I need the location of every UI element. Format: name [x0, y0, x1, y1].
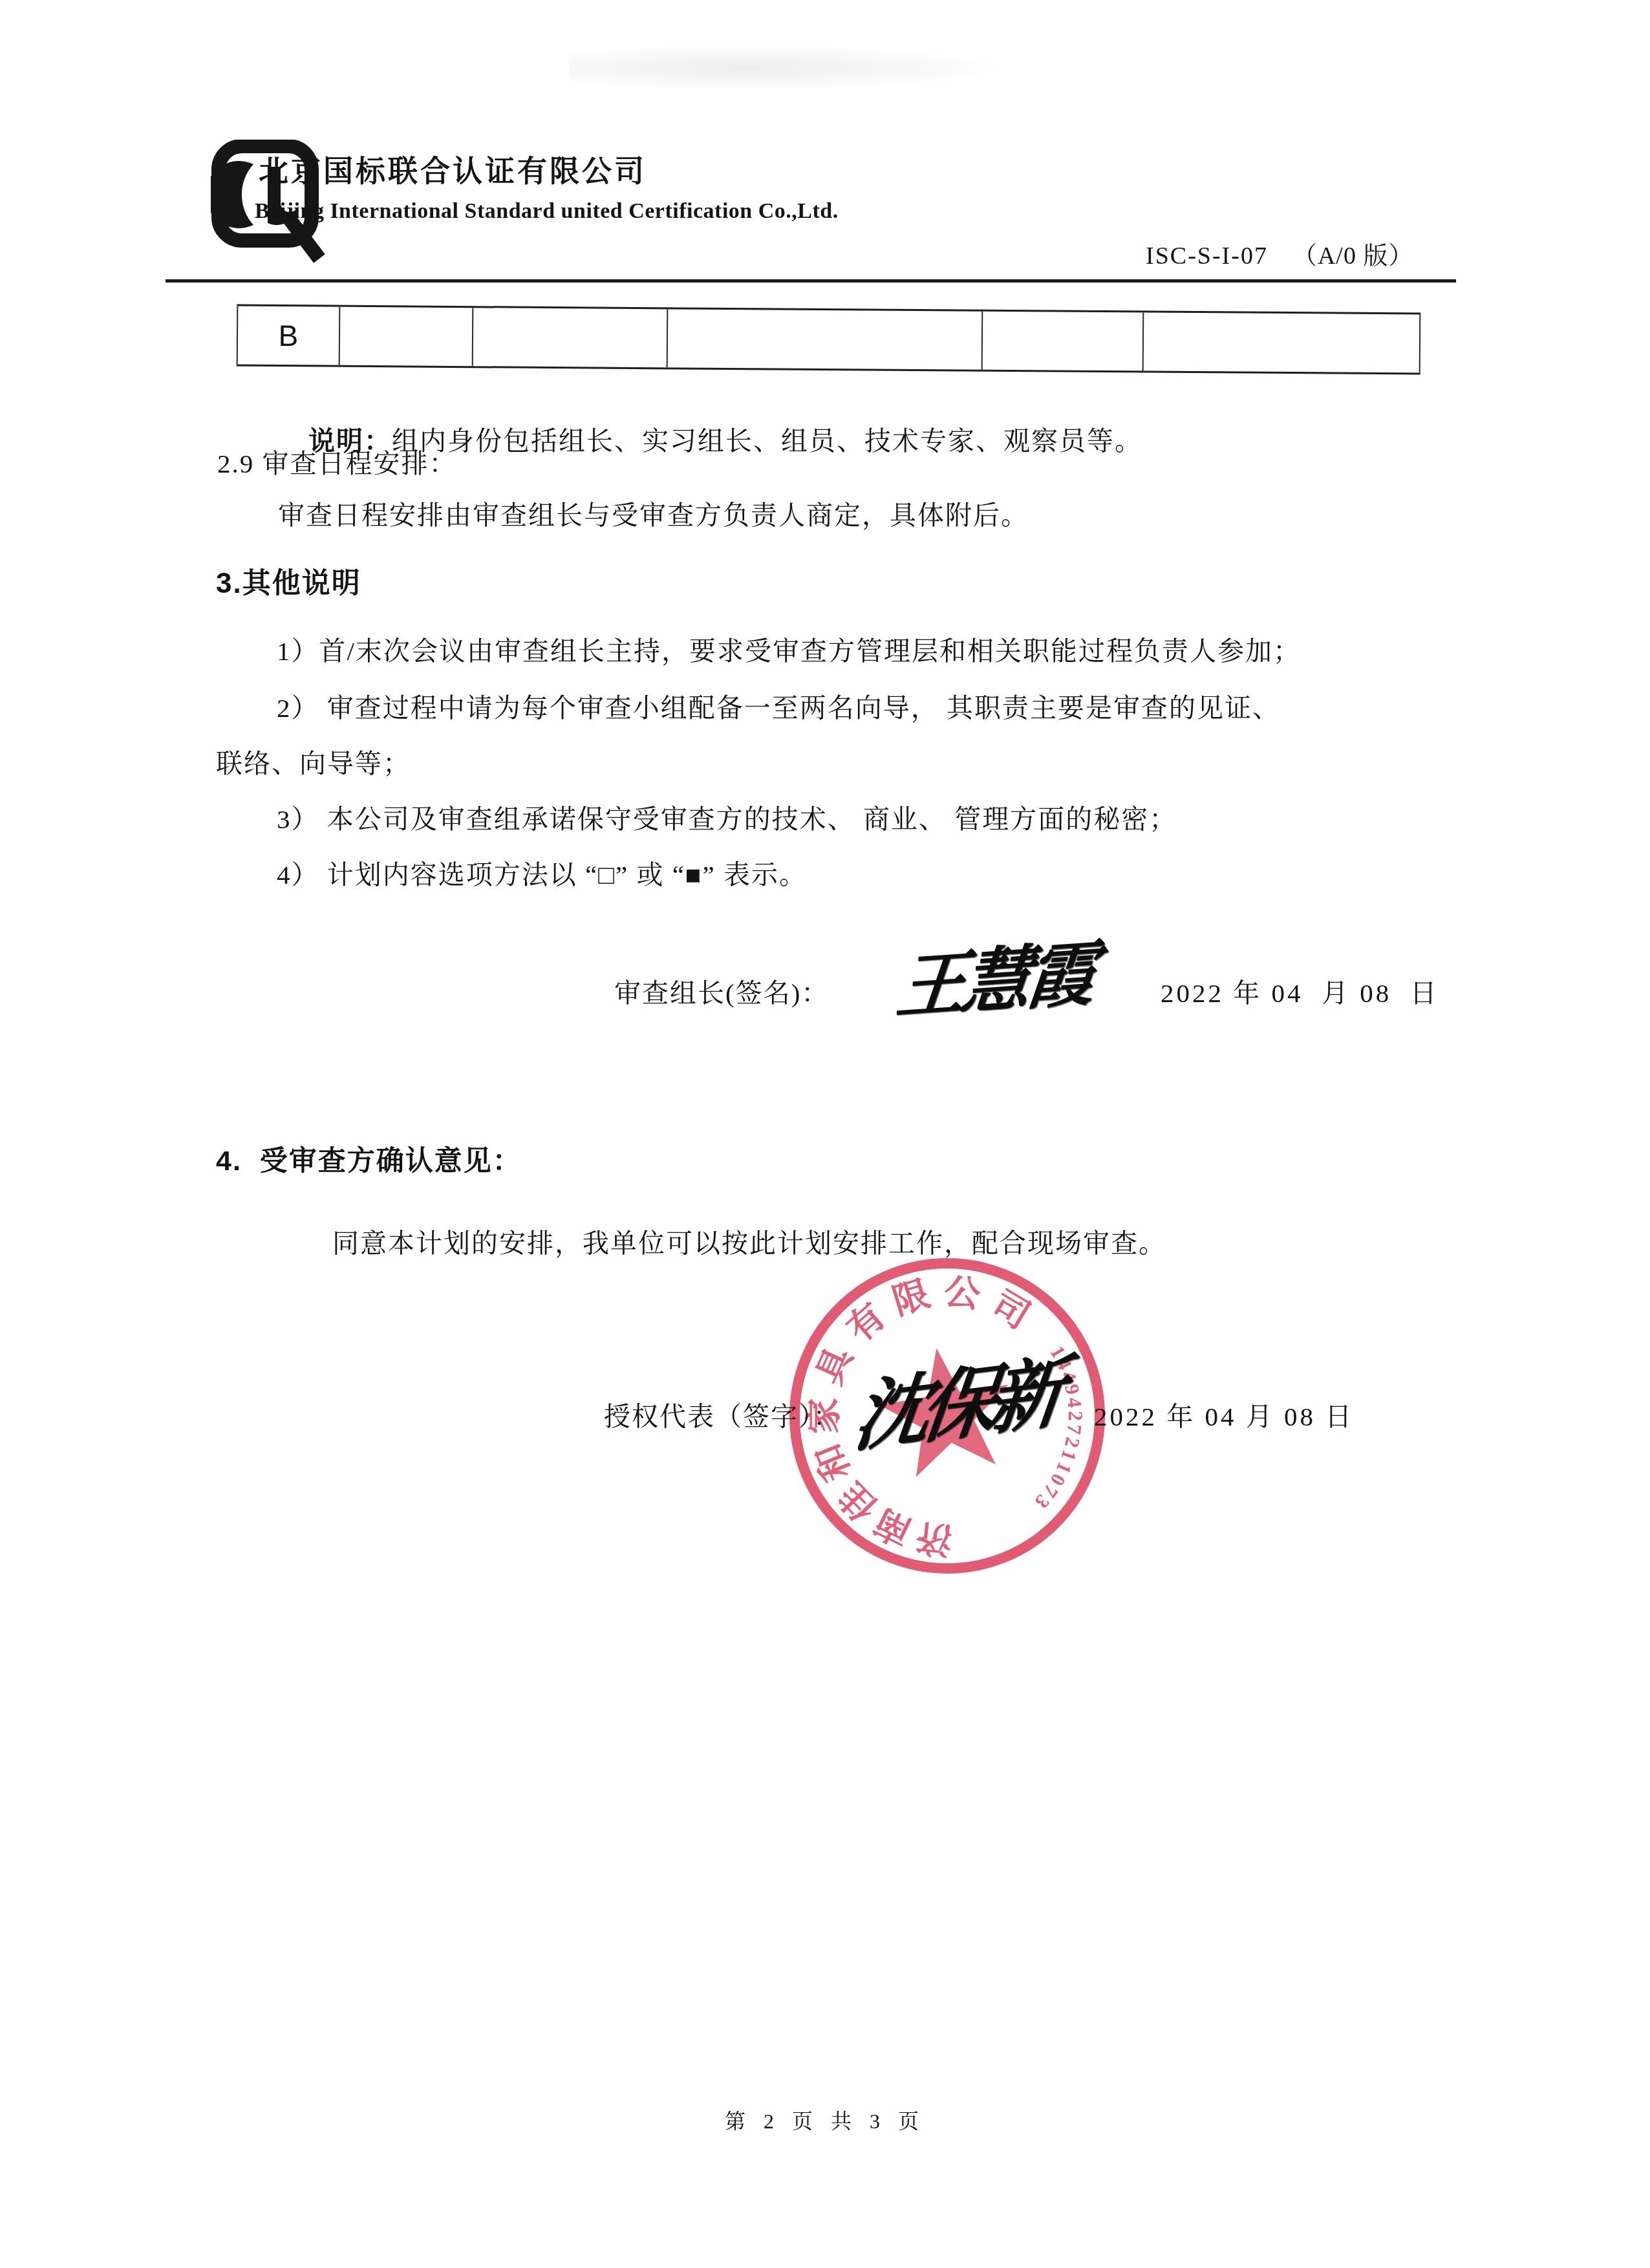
- table-cell: [472, 308, 667, 367]
- table-cell: [981, 312, 1143, 371]
- leader-signature-label: 审查组长(签名)：: [614, 972, 829, 1010]
- doc-code: ISC-S-I-07: [1146, 242, 1268, 270]
- section-2-9-text: 审查日程安排由审查组长与受审查方负责人商定，具体附后。: [278, 494, 1029, 532]
- section-2-9-title: 2.9 审查日程安排：: [217, 442, 457, 480]
- section-3-title: 3.其他说明: [216, 560, 361, 601]
- table-cell-row-label: B: [237, 306, 339, 365]
- svg-text:济: 济: [914, 1516, 954, 1560]
- rep-signature-date: 2022 年 04 月 08 日: [1094, 1395, 1354, 1433]
- document-number: ISC-S-I-07（A/0 版）: [1116, 207, 1413, 299]
- table-cell: [667, 309, 982, 369]
- section-3-item-4: 4） 计划内容选项方法以 “□” 或 “■” 表示。: [277, 853, 807, 892]
- table-cell: [1142, 312, 1421, 372]
- svg-text:2: 2: [1060, 1435, 1084, 1450]
- rep-signature-label: 授权代表（签字）：: [604, 1395, 841, 1433]
- note-text: 组内身份包括组长、实习组长、组员、技术专家、观察员等。: [392, 426, 1142, 456]
- scan-noise: [569, 45, 1009, 91]
- doc-version: （A/0 版）: [1292, 242, 1414, 270]
- svg-text:限: 限: [888, 1274, 935, 1323]
- section-4-title: 4. 受审查方确认意见：: [216, 1139, 522, 1179]
- section-3-item-3: 3） 本公司及审查组承诺保守受审查方的技术、 商业、 管理方面的秘密；: [277, 798, 1177, 836]
- svg-text:公: 公: [942, 1272, 983, 1316]
- svg-text:4: 4: [1063, 1396, 1086, 1409]
- svg-text:2: 2: [1064, 1411, 1087, 1421]
- leader-handwritten-signature: 王慧霞: [892, 917, 1097, 1032]
- svg-text:具: 具: [809, 1340, 862, 1391]
- section-3-item-2: 2） 审查过程中请为每个审查小组配备一至两名向导， 其职责主要是审查的见证、: [277, 687, 1280, 725]
- page-number: 第 2 页 共 3 页: [0, 2105, 1650, 2135]
- company-name-cn: 北京国标联合认证有限公司: [259, 147, 647, 190]
- header-divider: [166, 279, 1456, 283]
- section-3-item-2-continued: 联络、向导等；: [216, 742, 411, 780]
- table-cell: [339, 307, 473, 366]
- scanned-document-page: 北京国标联合认证有限公司 Beijing International Stand…: [0, 0, 1650, 2268]
- section-3-item-1: 1）首/末次会议由审查组长主持，要求受审查方管理层和相关职能过程负责人参加；: [277, 630, 1301, 668]
- company-name-en: Beijing International Standard united Ce…: [255, 199, 839, 224]
- team-table-row: B: [237, 305, 1421, 375]
- svg-text:7: 7: [1063, 1423, 1086, 1435]
- svg-text:9: 9: [1060, 1382, 1084, 1396]
- leader-signature-date: 2022 年 04 月 08 日: [1161, 972, 1439, 1010]
